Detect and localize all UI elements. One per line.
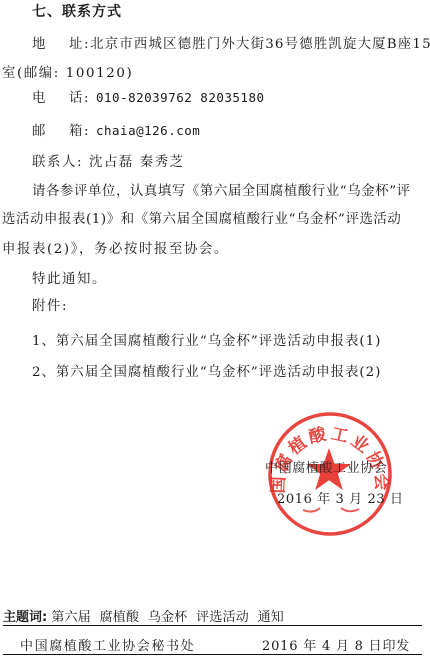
email-label-1: 邮: [32, 124, 47, 139]
email-value: chaia@126.com: [96, 123, 200, 138]
contact-person-label: 联系人:: [32, 155, 83, 170]
section-heading: 七、联系方式: [32, 3, 122, 21]
contact-person-line: 联系人: 沈占磊 秦秀芝: [32, 154, 185, 172]
attachment-item-2: 2、第六届全国腐植酸行业“乌金杯”评选活动申报表(2): [32, 364, 381, 382]
signature-organization: 中国腐植酸工业协会: [265, 457, 387, 476]
notice-text: 特此通知。: [32, 271, 107, 289]
phone-value: 010-82039762 82035180: [96, 90, 265, 105]
address-label-2: 址:: [69, 37, 90, 52]
issuer-rule: [3, 654, 422, 655]
attachments-label: 附件:: [32, 298, 68, 316]
contact-person-value: 沈占磊 秦秀芝: [89, 155, 185, 170]
email-label-2: 箱:: [69, 124, 90, 139]
keywords-line: 主题词: 第六届 腐植酸 乌金杯 评选活动 通知: [3, 606, 284, 625]
body-paragraph-line-2: 选活动申报表(1)》和《第六届全国腐植酸行业“乌金杯”评选活动: [2, 211, 401, 229]
attachment-item-1: 1、第六届全国腐植酸行业“乌金杯”评选活动申报表(1): [32, 333, 381, 351]
phone-line: 电话: 010-82039762 82035180: [32, 89, 265, 108]
body-paragraph-line-3: 申报表(2)》，务必按时报至协会。: [2, 241, 229, 259]
address-label-1: 地: [32, 37, 47, 52]
address-line: 地址:北京市西城区德胜门外大街36号德胜凯旋大厦B座1513: [32, 36, 430, 54]
issuer-text: 中国腐植酸工业协会秘书处: [20, 635, 195, 654]
phone-label-2: 话:: [69, 91, 90, 106]
keywords-label: 主题词:: [3, 610, 47, 625]
address-value: 北京市西城区德胜门外大街36号德胜凯旋大厦B座1513: [90, 37, 430, 52]
keywords-rule: [3, 625, 422, 626]
phone-label-1: 电: [32, 91, 47, 106]
keywords-value: 第六届 腐植酸 乌金杯 评选活动 通知: [51, 610, 284, 625]
signature-date: 2016 年 3 月 23 日: [277, 488, 404, 507]
address-continuation: 室(邮编: 100120): [2, 65, 133, 83]
body-paragraph-line-1: 请各参评单位，认真填写《第六届全国腐植酸行业“乌金杯”评: [32, 183, 411, 201]
issue-date-text: 2016 年 4 月 8 日印发: [262, 635, 410, 654]
email-line: 邮箱: chaia@126.com: [32, 122, 200, 141]
